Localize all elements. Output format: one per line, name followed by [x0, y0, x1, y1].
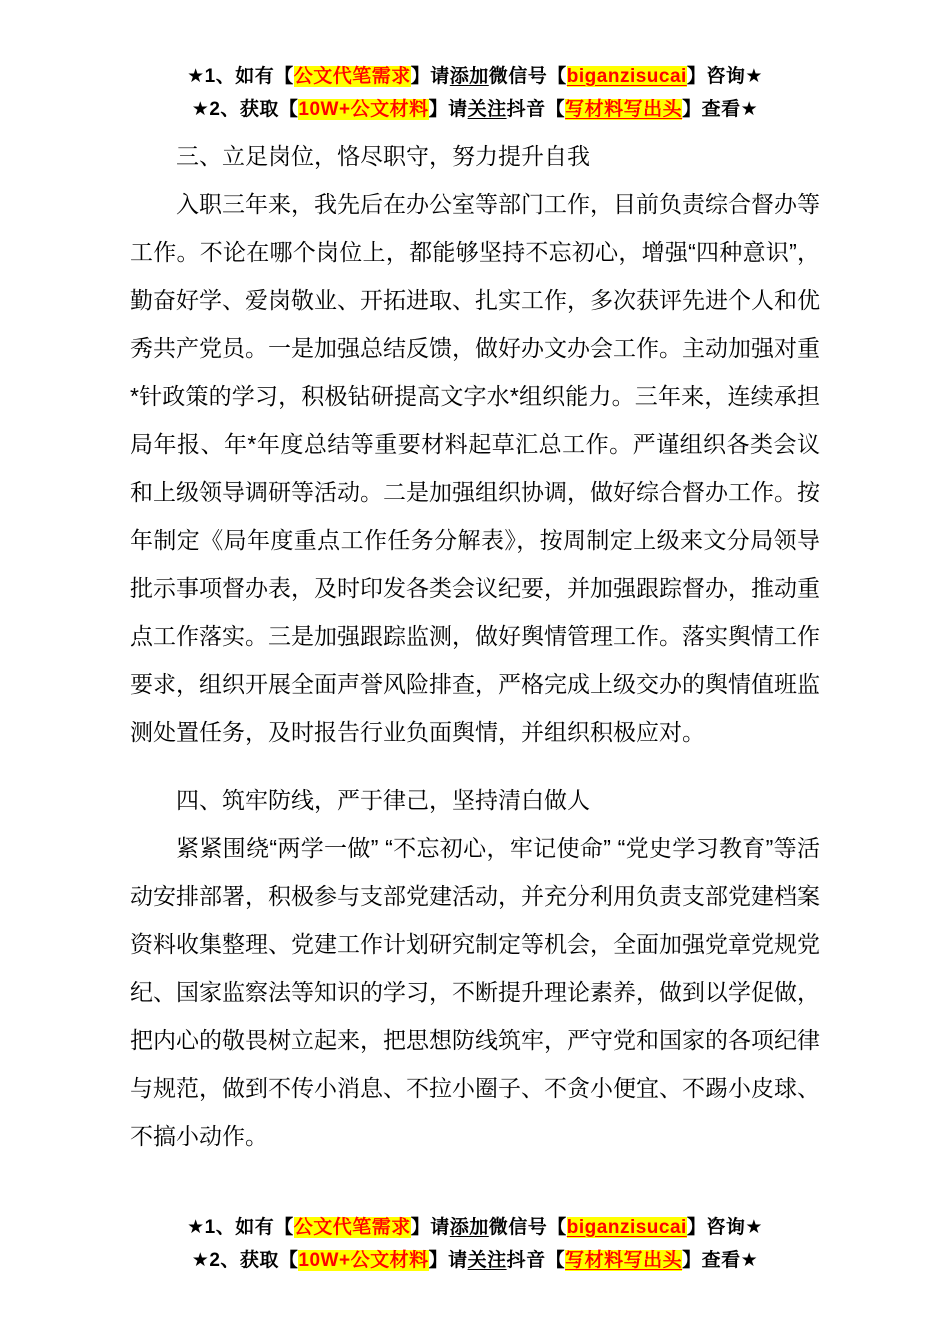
promo-text: 抖音【 [507, 99, 566, 120]
promo-highlight-wechat-id: biganzisucai [567, 66, 687, 87]
promo-header-line-2: ★2、获取【10W+公文材料】请关注抖音【写材料写出头】查看★ [0, 93, 950, 126]
promo-text: 】请 [411, 66, 450, 87]
promo-header-line-1: ★1、如有【公文代笔需求】请添加微信号【biganzisucai】咨询★ [0, 60, 950, 93]
promo-text: ★2、获取【 [192, 1250, 299, 1271]
promo-header: ★1、如有【公文代笔需求】请添加微信号【biganzisucai】咨询★ ★2、… [0, 0, 950, 126]
promo-footer: ★1、如有【公文代笔需求】请添加微信号【biganzisucai】咨询★ ★2、… [0, 1211, 950, 1277]
promo-text: 】咨询★ [687, 66, 763, 87]
promo-highlight-materials: 10W+公文材料 [298, 1250, 428, 1271]
promo-text: 】请 [411, 1217, 450, 1238]
section-3-paragraph: 入职三年来，我先后在办公室等部门工作，目前负责综合督办等工作。不论在哪个岗位上，… [130, 180, 820, 756]
promo-underline-follow: 关注 [468, 99, 507, 120]
document-page: ★1、如有【公文代笔需求】请添加微信号【biganzisucai】咨询★ ★2、… [0, 0, 950, 1344]
promo-underline-add: 添加 [450, 66, 489, 87]
promo-footer-line-1: ★1、如有【公文代笔需求】请添加微信号【biganzisucai】咨询★ [0, 1211, 950, 1244]
promo-footer-line-2: ★2、获取【10W+公文材料】请关注抖音【写材料写出头】查看★ [0, 1244, 950, 1277]
promo-text: 微信号【 [489, 66, 567, 87]
promo-text: ★1、如有【 [187, 1217, 294, 1238]
promo-text: 】查看★ [682, 1250, 758, 1271]
promo-highlight-materials: 10W+公文材料 [298, 99, 428, 120]
promo-highlight-service: 公文代笔需求 [294, 1217, 411, 1238]
promo-text: ★1、如有【 [187, 66, 294, 87]
promo-text: ★2、获取【 [192, 99, 299, 120]
promo-text: 】请 [429, 99, 468, 120]
section-3-heading: 三、立足岗位，恪尽职守，努力提升自我 [130, 132, 820, 180]
promo-highlight-douyin-id: 写材料写出头 [565, 99, 682, 120]
promo-text: 】请 [429, 1250, 468, 1271]
section-4-paragraph: 紧紧围绕“两学一做” “不忘初心，牢记使命” “党史学习教育”等活动安排部署，积… [130, 824, 820, 1160]
promo-highlight-service: 公文代笔需求 [294, 66, 411, 87]
promo-underline-add: 添加 [450, 1217, 489, 1238]
promo-text: 抖音【 [507, 1250, 566, 1271]
promo-text: 】咨询★ [687, 1217, 763, 1238]
promo-text: 微信号【 [489, 1217, 567, 1238]
document-body: 三、立足岗位，恪尽职守，努力提升自我 入职三年来，我先后在办公室等部门工作，目前… [130, 132, 820, 1160]
promo-highlight-wechat-id: biganzisucai [567, 1217, 687, 1238]
section-4-heading: 四、筑牢防线，严于律己，坚持清白做人 [130, 776, 820, 824]
promo-text: 】查看★ [682, 99, 758, 120]
promo-highlight-douyin-id: 写材料写出头 [565, 1250, 682, 1271]
promo-underline-follow: 关注 [468, 1250, 507, 1271]
